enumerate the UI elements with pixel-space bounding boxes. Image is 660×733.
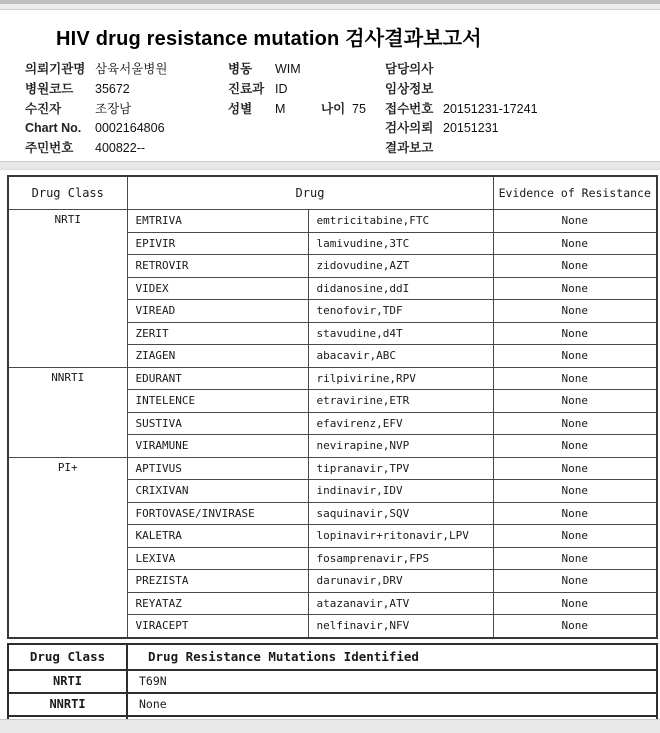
drug-brand-cell: EMTRIVA — [127, 210, 308, 233]
drug-generic-cell: atazanavir,ATV — [308, 592, 493, 615]
info-row: 진료과ID — [228, 80, 397, 100]
info-label: 결과보고 — [385, 139, 443, 159]
evidence-cell: None — [493, 232, 657, 255]
evidence-cell: None — [493, 412, 657, 435]
evidence-cell: None — [493, 210, 657, 233]
info-label: 병동 — [228, 60, 275, 80]
mutation-value-cell: None — [127, 693, 657, 716]
drug-brand-cell: KALETRA — [127, 525, 308, 548]
info-row: 담당의사 — [385, 60, 538, 80]
resistance-table-body: NRTIEMTRIVAemtricitabine,FTCNoneEPIVIRla… — [8, 210, 657, 638]
drug-generic-cell: tipranavir,TPV — [308, 457, 493, 480]
patient-info-section: 의뢰기관명삼육서울병원병원코드35672수진자조장남Chart No.00021… — [0, 60, 660, 159]
evidence-cell: None — [493, 390, 657, 413]
info-label: 검사의뢰 — [385, 119, 443, 139]
header-mutations-identified: Drug Resistance Mutations Identified — [127, 644, 657, 670]
resistance-table-header-row: Drug Class Drug Evidence of Resistance — [8, 176, 657, 210]
patient-info-col3: 담당의사임상정보접수번호20151231-17241검사의뢰20151231결과… — [385, 60, 538, 159]
drug-brand-cell: INTELENCE — [127, 390, 308, 413]
header-mutations-drug-class: Drug Class — [8, 644, 127, 670]
drug-generic-cell: emtricitabine,FTC — [308, 210, 493, 233]
drug-generic-cell: efavirenz,EFV — [308, 412, 493, 435]
header-drug: Drug — [127, 176, 493, 210]
info-row: 병원코드35672 — [25, 80, 167, 100]
info-row: 접수번호20151231-17241 — [385, 100, 538, 120]
info-label: 임상정보 — [385, 80, 443, 100]
info-row: 주민번호400822-- — [25, 139, 167, 159]
drug-row: PI+APTIVUStipranavir,TPVNone — [8, 457, 657, 480]
drug-class-cell: NRTI — [8, 210, 127, 368]
info-row: 성별M나이75 — [228, 100, 397, 120]
mutation-row: NRTIT69N — [8, 670, 657, 693]
drug-generic-cell: lamivudine,3TC — [308, 232, 493, 255]
drug-generic-cell: tenofovir,TDF — [308, 300, 493, 323]
info-value: 0002164806 — [95, 121, 165, 135]
info-row: Chart No.0002164806 — [25, 119, 167, 139]
info-value: 조장남 — [95, 102, 131, 116]
drug-generic-cell: indinavir,IDV — [308, 480, 493, 503]
info-label: 접수번호 — [385, 100, 443, 120]
info-label: 의뢰기관명 — [25, 60, 95, 80]
info-label: 진료과 — [228, 80, 275, 100]
info-value: 20151231 — [443, 121, 499, 135]
drug-generic-cell: etravirine,ETR — [308, 390, 493, 413]
page-title: HIV drug resistance mutation 검사결과보고서 — [56, 22, 660, 51]
info-label: 나이 — [321, 100, 352, 120]
drug-brand-cell: PREZISTA — [127, 570, 308, 593]
drug-generic-cell: stavudine,d4T — [308, 322, 493, 345]
mutation-row: NNRTINone — [8, 693, 657, 716]
patient-info-col1: 의뢰기관명삼육서울병원병원코드35672수진자조장남Chart No.00021… — [25, 60, 167, 159]
evidence-cell: None — [493, 345, 657, 368]
evidence-cell: None — [493, 547, 657, 570]
drug-brand-cell: FORTOVASE/INVIRASE — [127, 502, 308, 525]
drug-generic-cell: zidovudine,AZT — [308, 255, 493, 278]
evidence-cell: None — [493, 457, 657, 480]
info-label: 병원코드 — [25, 80, 95, 100]
info-row: 병동WIM — [228, 60, 397, 80]
drug-row: NRTIEMTRIVAemtricitabine,FTCNone — [8, 210, 657, 233]
evidence-cell: None — [493, 277, 657, 300]
evidence-cell: None — [493, 322, 657, 345]
drug-brand-cell: LEXIVA — [127, 547, 308, 570]
drug-generic-cell: abacavir,ABC — [308, 345, 493, 368]
evidence-cell: None — [493, 480, 657, 503]
mutations-table-header-row: Drug Class Drug Resistance Mutations Ide… — [8, 644, 657, 670]
drug-generic-cell: nevirapine,NVP — [308, 435, 493, 458]
drug-class-cell: PI+ — [8, 457, 127, 638]
drug-generic-cell: rilpivirine,RPV — [308, 367, 493, 390]
header-drug-class: Drug Class — [8, 176, 127, 210]
drug-generic-cell: lopinavir+ritonavir,LPV — [308, 525, 493, 548]
info-value: 400822-- — [95, 141, 145, 155]
drug-brand-cell: VIREAD — [127, 300, 308, 323]
info-label: 주민번호 — [25, 139, 95, 159]
info-row: 임상정보 — [385, 80, 538, 100]
drug-row: NNRTIEDURANTrilpivirine,RPVNone — [8, 367, 657, 390]
window-bottom-strip — [0, 719, 660, 733]
evidence-cell: None — [493, 255, 657, 278]
drug-brand-cell: EDURANT — [127, 367, 308, 390]
drug-brand-cell: ZERIT — [127, 322, 308, 345]
mutation-class-cell: NRTI — [8, 670, 127, 693]
header-evidence: Evidence of Resistance — [493, 176, 657, 210]
drug-brand-cell: RETROVIR — [127, 255, 308, 278]
drug-generic-cell: darunavir,DRV — [308, 570, 493, 593]
info-row: 의뢰기관명삼육서울병원 — [25, 60, 167, 80]
drug-brand-cell: CRIXIVAN — [127, 480, 308, 503]
evidence-cell: None — [493, 367, 657, 390]
info-value: 20151231-17241 — [443, 102, 538, 116]
window-top-strip — [0, 0, 660, 10]
info-label: 수진자 — [25, 100, 95, 120]
info-value: M — [275, 100, 320, 120]
evidence-cell: None — [493, 570, 657, 593]
evidence-cell: None — [493, 300, 657, 323]
mutation-value-cell: T69N — [127, 670, 657, 693]
resistance-table: Drug Class Drug Evidence of Resistance N… — [7, 175, 658, 639]
drug-brand-cell: APTIVUS — [127, 457, 308, 480]
info-value: WIM — [275, 60, 320, 80]
info-value: 삼육서울병원 — [95, 62, 167, 76]
drug-class-cell: NNRTI — [8, 367, 127, 457]
info-row: 결과보고 — [385, 139, 538, 159]
drug-generic-cell: saquinavir,SQV — [308, 502, 493, 525]
evidence-cell: None — [493, 592, 657, 615]
evidence-cell: None — [493, 502, 657, 525]
drug-brand-cell: VIRAMUNE — [127, 435, 308, 458]
drug-generic-cell: didanosine,ddI — [308, 277, 493, 300]
section-divider — [0, 161, 660, 170]
info-label: Chart No. — [25, 119, 95, 139]
mutation-class-cell: NNRTI — [8, 693, 127, 716]
info-value: ID — [275, 80, 320, 100]
patient-info-col2: 병동WIM진료과ID성별M나이75 — [228, 60, 397, 119]
evidence-cell: None — [493, 615, 657, 638]
info-label: 담당의사 — [385, 60, 443, 80]
evidence-cell: None — [493, 525, 657, 548]
drug-generic-cell: nelfinavir,NFV — [308, 615, 493, 638]
drug-brand-cell: VIRACEPT — [127, 615, 308, 638]
drug-brand-cell: EPIVIR — [127, 232, 308, 255]
info-label: 성별 — [228, 100, 275, 120]
info-row: 수진자조장남 — [25, 100, 167, 120]
drug-brand-cell: VIDEX — [127, 277, 308, 300]
drug-brand-cell: ZIAGEN — [127, 345, 308, 368]
drug-brand-cell: REYATAZ — [127, 592, 308, 615]
info-row: 검사의뢰20151231 — [385, 119, 538, 139]
drug-brand-cell: SUSTIVA — [127, 412, 308, 435]
info-value: 35672 — [95, 82, 130, 96]
drug-generic-cell: fosamprenavir,FPS — [308, 547, 493, 570]
evidence-cell: None — [493, 435, 657, 458]
